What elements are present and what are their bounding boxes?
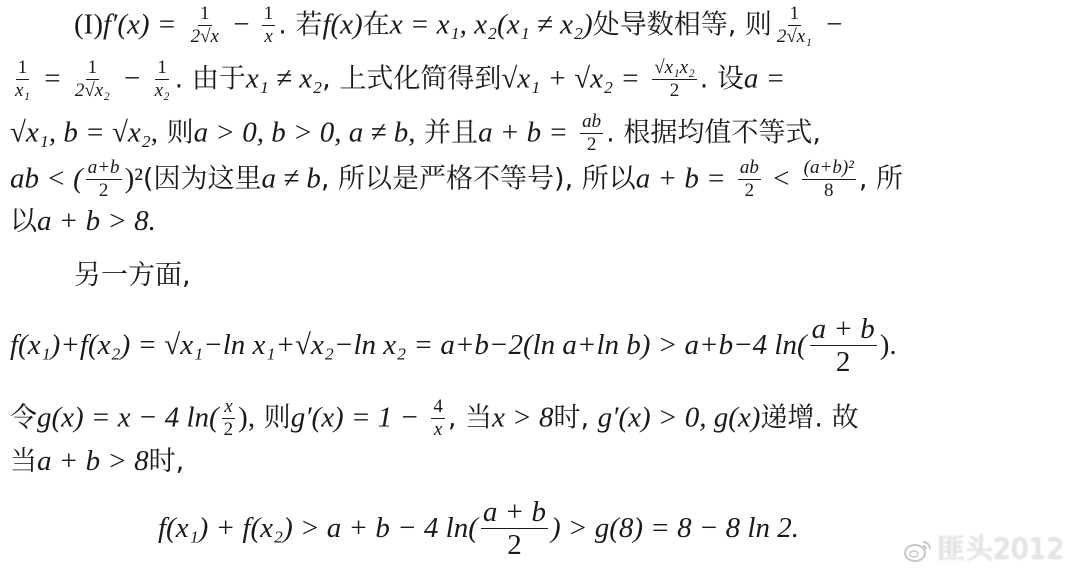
fraction: 1x₁ xyxy=(13,58,32,101)
fraction: x2 xyxy=(222,397,236,440)
part-label: (I) xyxy=(74,8,103,40)
weibo-icon xyxy=(903,536,933,564)
fraction: (a+b)²8 xyxy=(802,158,856,201)
solution-line-1: (I)f′(x) = 12√x − 1x. 若f(x)在x = x₁, x₂(x… xyxy=(74,4,842,47)
solution-line-2: 1x₁ = 12√x₂ − 1x₂. 由于x₁ ≠ x₂, 上式化简得到√x₁ … xyxy=(10,58,785,101)
fraction: ab2 xyxy=(580,112,603,155)
fraction: 12√x₂ xyxy=(73,58,112,101)
equation-line-7: f(x₁)+f(x₂) = √x₁−ln x₁+√x₂−ln x₂ = a+b−… xyxy=(10,314,897,378)
fraction: a + b2 xyxy=(481,497,548,561)
derivative-expr: f′(x) = xyxy=(103,8,176,40)
solution-line-3: √x₁, b = √x₂, 则a > 0, b > 0, a ≠ b, 并且a … xyxy=(10,112,821,155)
fraction: 4x xyxy=(431,397,445,440)
fraction: a+b2 xyxy=(86,158,122,201)
fraction: 1x xyxy=(262,4,276,47)
equation-line-10: f(x₁) + f(x₂) > a + b − 4 ln(a + b2) > g… xyxy=(158,497,799,561)
fraction: 1x₂ xyxy=(153,58,172,101)
fraction: ab2 xyxy=(738,158,761,201)
fraction: √x₁x₂2 xyxy=(652,58,697,101)
solution-line-9: 当a + b > 8时, xyxy=(10,446,184,476)
fraction: 12√x₁ xyxy=(775,4,814,47)
solution-line-5: 以a + b > 8. xyxy=(10,206,156,236)
watermark: 匪头2012 xyxy=(903,527,1064,567)
fraction: a + b2 xyxy=(810,314,877,378)
fraction: 12√x xyxy=(189,4,221,47)
solution-line-4: ab < (a+b2)²(因为这里a ≠ b, 所以是严格不等号), 所以a +… xyxy=(10,158,903,201)
watermark-text: 匪头2012 xyxy=(937,532,1064,565)
solution-line-6: 另一方面, xyxy=(74,260,191,289)
solution-line-8: 令g(x) = x − 4 ln(x2), 则g′(x) = 1 − 4x, 当… xyxy=(10,397,859,440)
